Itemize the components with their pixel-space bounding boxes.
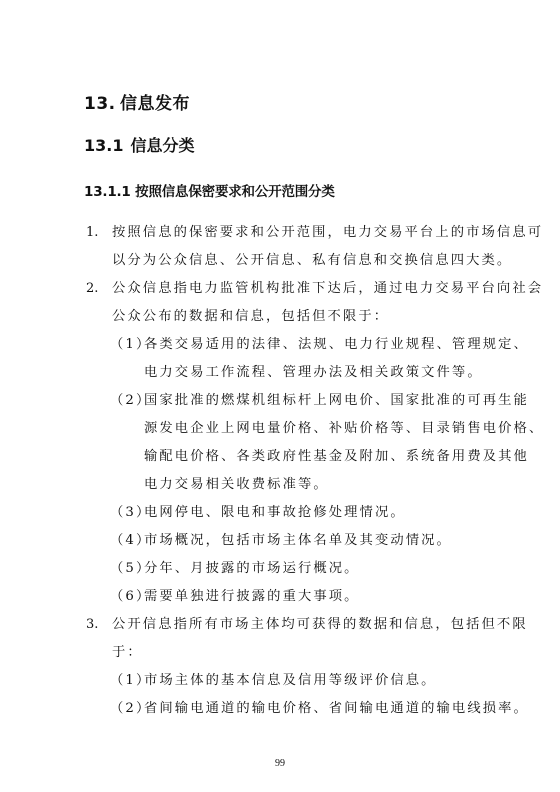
subitem-line: 需要单独进行披露的重大事项。 bbox=[144, 588, 360, 606]
subitem-line: 市场主体的基本信息及信用等级评价信息。 bbox=[144, 672, 437, 690]
subitem-line: 电力交易工作流程、管理办法及相关政策文件等。 bbox=[144, 364, 483, 382]
subsection-title: 按照信息保密要求和公开范围分类 bbox=[135, 184, 335, 200]
subitem-line: 分年、月披露的市场运行概况。 bbox=[144, 560, 360, 578]
paragraph-line: 公众公布的数据和信息，包括但不限于： bbox=[112, 308, 389, 326]
subitem-line: 市场概况，包括市场主体名单及其变动情况。 bbox=[144, 532, 452, 550]
page-number: 99 bbox=[0, 758, 560, 769]
item-number: 3. bbox=[86, 616, 98, 634]
document-page: 13.信息发布 13.1信息分类 13.1.1 按照信息保密要求和公开范围分类 … bbox=[0, 0, 560, 792]
subsection-number: 13.1.1 bbox=[84, 184, 131, 200]
section-number: 13.1 bbox=[84, 136, 123, 155]
chapter-title: 信息发布 bbox=[120, 94, 190, 114]
item-number: 2. bbox=[86, 280, 98, 298]
chapter-heading: 13.信息发布 bbox=[84, 89, 190, 114]
subitem-line: 各类交易适用的法律、法规、电力行业规程、管理规定、 bbox=[144, 336, 529, 354]
item-number: 1. bbox=[86, 224, 98, 242]
subsection-heading: 13.1.1 按照信息保密要求和公开范围分类 bbox=[84, 180, 335, 200]
paragraph-line: 公开信息指所有市场主体均可获得的数据和信息，包括但不限 bbox=[112, 616, 528, 634]
paragraph-line: 以分为公众信息、公开信息、私有信息和交换信息四大类。 bbox=[112, 252, 512, 270]
paragraph-line: 按照信息的保密要求和公开范围，电力交易平台上的市场信息可 bbox=[112, 224, 543, 242]
subitem-line: 源发电企业上网电量价格、补贴价格等、目录销售电价格、 bbox=[144, 420, 544, 438]
paragraph-line: 于： bbox=[112, 644, 143, 662]
subitem-line: 电力交易相关收费标准等。 bbox=[144, 476, 329, 494]
subitem-line: 输配电价格、各类政府性基金及附加、系统备用费及其他 bbox=[144, 448, 529, 466]
chapter-number: 13. bbox=[84, 94, 120, 114]
subitem-line: 电网停电、限电和事故抢修处理情况。 bbox=[144, 504, 406, 522]
paragraph-line: 公众信息指电力监管机构批准下达后，通过电力交易平台向社会 bbox=[112, 280, 543, 298]
subitem-line: 省间输电通道的输电价格、省间输电通道的输电线损率。 bbox=[144, 700, 529, 718]
subitem-line: 国家批准的燃煤机组标杆上网电价、国家批准的可再生能 bbox=[144, 392, 529, 410]
section-heading: 13.1信息分类 bbox=[84, 133, 195, 156]
section-title: 信息分类 bbox=[130, 136, 194, 155]
